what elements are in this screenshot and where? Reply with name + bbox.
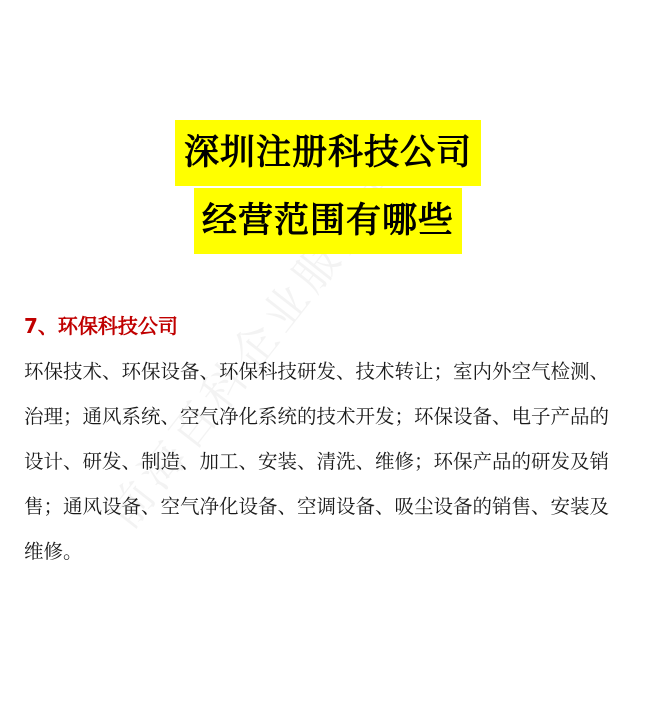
body-line-2: 治理；通风系统、空气净化系统的技术开发；环保设备、电子产品的 bbox=[24, 401, 644, 446]
body-line-1: 环保技术、环保设备、环保科技研发、技术转让；室内外空气检测、 bbox=[24, 356, 644, 401]
title-line-2: 经营范围有哪些 bbox=[194, 188, 462, 254]
body-line-4: 售；通风设备、空气净化设备、空调设备、吸尘设备的销售、安装及 bbox=[24, 491, 644, 536]
body-line-5: 维修。 bbox=[24, 536, 644, 581]
section-body: 环保技术、环保设备、环保科技研发、技术转让；室内外空气检测、 治理；通风系统、空… bbox=[24, 356, 644, 581]
body-line-3: 设计、研发、制造、加工、安装、清洗、维修；环保产品的研发及销 bbox=[24, 446, 644, 491]
title-line-1: 深圳注册科技公司 bbox=[175, 120, 481, 186]
section-heading: 7、环保科技公司 bbox=[24, 311, 178, 341]
